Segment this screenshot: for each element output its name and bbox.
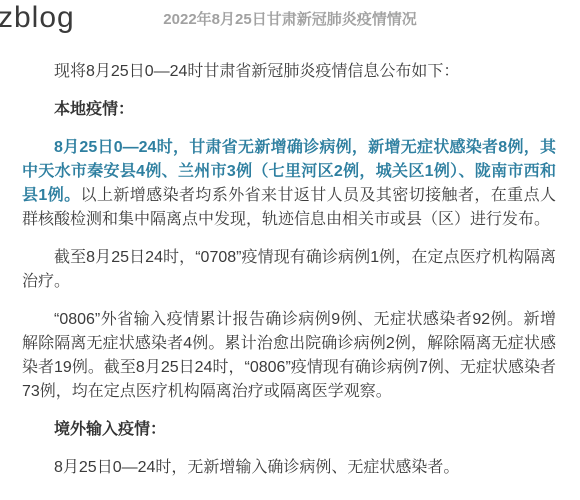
local-summary-rest-text: 以上新增感染者均系外省来甘返甘人员及其密切接触者，在重点人群核酸检测和集中隔离点…	[22, 187, 556, 228]
page: zblog 2022年8月25日甘肃新冠肺炎疫情情况 现将8月25日0—24时甘…	[0, 0, 580, 500]
site-header: zblog 2022年8月25日甘肃新冠肺炎疫情情况	[0, 0, 580, 50]
outbreak-0708-paragraph: 截至8月25日24时，“0708”疫情现有确诊病例1例，在定点医疗机构隔离治疗。	[22, 246, 556, 294]
article-body: 现将8月25日0—24时甘肃省新冠肺炎疫情信息公布如下： 本地疫情： 8月25日…	[0, 50, 580, 480]
imported-section-heading: 境外输入疫情：	[22, 418, 556, 442]
article-title: 2022年8月25日甘肃新冠肺炎疫情情况	[0, 0, 580, 29]
local-summary-paragraph: 8月25日0—24时，甘肃省无新增确诊病例，新增无症状感染者8例，其中天水市秦安…	[22, 136, 556, 232]
outbreak-0806-paragraph: “0806”外省输入疫情累计报告确诊病例9例、无症状感染者92例。新增解除隔离无…	[22, 308, 556, 404]
imported-paragraph: 8月25日0—24时，无新增输入确诊病例、无症状感染者。	[22, 456, 556, 480]
intro-paragraph: 现将8月25日0—24时甘肃省新冠肺炎疫情信息公布如下：	[22, 60, 556, 84]
local-section-heading: 本地疫情：	[22, 98, 556, 122]
site-logo[interactable]: zblog	[0, 1, 75, 35]
